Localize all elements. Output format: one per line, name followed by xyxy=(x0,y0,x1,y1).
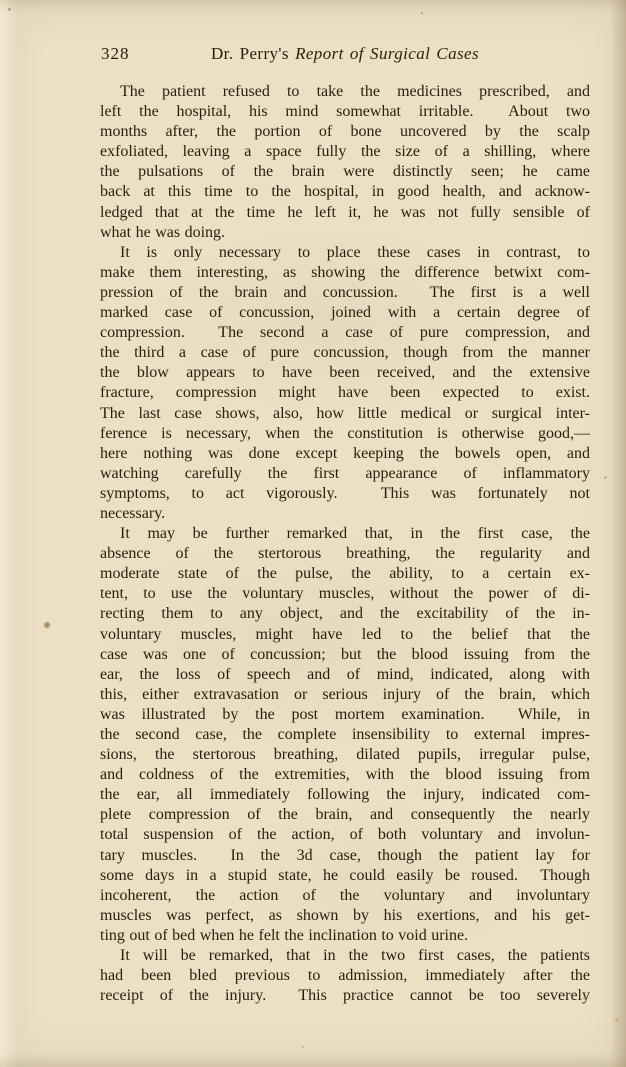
running-title-roman: Dr. Perry's xyxy=(211,44,295,63)
page-edge-left xyxy=(0,0,18,1067)
page-text: The patient refused to take the medicine… xyxy=(100,82,590,1006)
page-edge-top xyxy=(0,0,626,12)
page-edge-right xyxy=(610,0,626,1067)
text-line: plete compression of the brain, and cons… xyxy=(100,805,590,825)
text-line: incoherent, the action of the voluntary … xyxy=(100,886,590,906)
page-number: 328 xyxy=(101,42,130,66)
text-line: tent, to use the voluntary muscles, with… xyxy=(100,584,590,604)
text-line: this, either extravasation or serious in… xyxy=(100,685,590,705)
text-line: watching carefully the first appearance … xyxy=(100,464,590,484)
paper-speck xyxy=(44,622,50,628)
text-line: months after, the portion of bone uncove… xyxy=(100,122,590,142)
text-line: symptoms, to act vigorously. This was fo… xyxy=(100,484,590,504)
text-line: muscles was perfect, as shown by his exe… xyxy=(100,906,590,926)
text-line: was illustrated by the post mortem exami… xyxy=(100,705,590,725)
paper-speck xyxy=(615,1019,618,1022)
text-line: recting them to any object, and the exci… xyxy=(100,604,590,624)
text-line: necessary. xyxy=(100,504,590,524)
text-line: some days in a stupid state, he could ea… xyxy=(100,866,590,886)
text-line: the second case, the complete insensibil… xyxy=(100,725,590,745)
text-line: The last case shows, also, how little me… xyxy=(100,404,590,424)
text-line: voluntary muscles, might have led to the… xyxy=(100,625,590,645)
text-line: compression. The second a case of pure c… xyxy=(100,323,590,343)
text-line: ear, the loss of speech and of mind, ind… xyxy=(100,665,590,685)
text-line: left the hospital, his mind somewhat irr… xyxy=(100,102,590,122)
paper-speck xyxy=(604,476,607,479)
text-line: tary muscles. In the 3d case, though the… xyxy=(100,846,590,866)
text-line: the blow appears to have been received, … xyxy=(100,363,590,383)
text-line: It is only necessary to place these case… xyxy=(100,243,590,263)
text-line: The patient refused to take the medicine… xyxy=(100,82,590,102)
text-line: case was one of concussion; but the bloo… xyxy=(100,645,590,665)
text-line: the pulsations of the brain were distinc… xyxy=(100,162,590,182)
text-line: fracture, compression might have been ex… xyxy=(100,383,590,403)
text-line: make them interesting, as showing the di… xyxy=(100,263,590,283)
paper-speck xyxy=(8,8,11,11)
text-line: ting out of bed when he felt the inclina… xyxy=(100,926,590,946)
running-title: Dr. Perry's Report of Surgical Cases xyxy=(100,42,590,66)
paper-speck xyxy=(302,1046,304,1048)
text-line: the ear, all immediately following the i… xyxy=(100,785,590,805)
text-line: sions, the stertorous breathing, dilated… xyxy=(100,745,590,765)
text-line: here nothing was done except keeping the… xyxy=(100,444,590,464)
running-title-italic: Report of Surgical Cases xyxy=(295,44,479,63)
text-line: It will be remarked, that in the two fir… xyxy=(100,946,590,966)
page-content: 328 Dr. Perry's Report of Surgical Cases… xyxy=(100,42,590,1006)
text-line: receipt of the injury. This practice can… xyxy=(100,986,590,1006)
text-line: pression of the brain and concussion. Th… xyxy=(100,283,590,303)
text-line: back at this time to the hospital, in go… xyxy=(100,182,590,202)
paper-speck xyxy=(421,12,423,14)
text-line: absence of the stertorous breathing, the… xyxy=(100,544,590,564)
book-page: 328 Dr. Perry's Report of Surgical Cases… xyxy=(0,0,626,1067)
text-line: the third a case of pure concussion, tho… xyxy=(100,343,590,363)
text-line: what he was doing. xyxy=(100,223,590,243)
text-line: and coldness of the extremities, with th… xyxy=(100,765,590,785)
text-line: marked case of concussion, joined with a… xyxy=(100,303,590,323)
text-line: ledged that at the time he left it, he w… xyxy=(100,203,590,223)
page-edge-bottom xyxy=(0,1053,626,1067)
text-line: had been bled previous to admission, imm… xyxy=(100,966,590,986)
text-line: moderate state of the pulse, the ability… xyxy=(100,564,590,584)
text-line: total suspension of the action, of both … xyxy=(100,825,590,845)
text-line: It may be further remarked that, in the … xyxy=(100,524,590,544)
text-line: ference is necessary, when the constitut… xyxy=(100,424,590,444)
text-line: exfoliated, leaving a space fully the si… xyxy=(100,142,590,162)
page-header: 328 Dr. Perry's Report of Surgical Cases xyxy=(100,42,590,66)
